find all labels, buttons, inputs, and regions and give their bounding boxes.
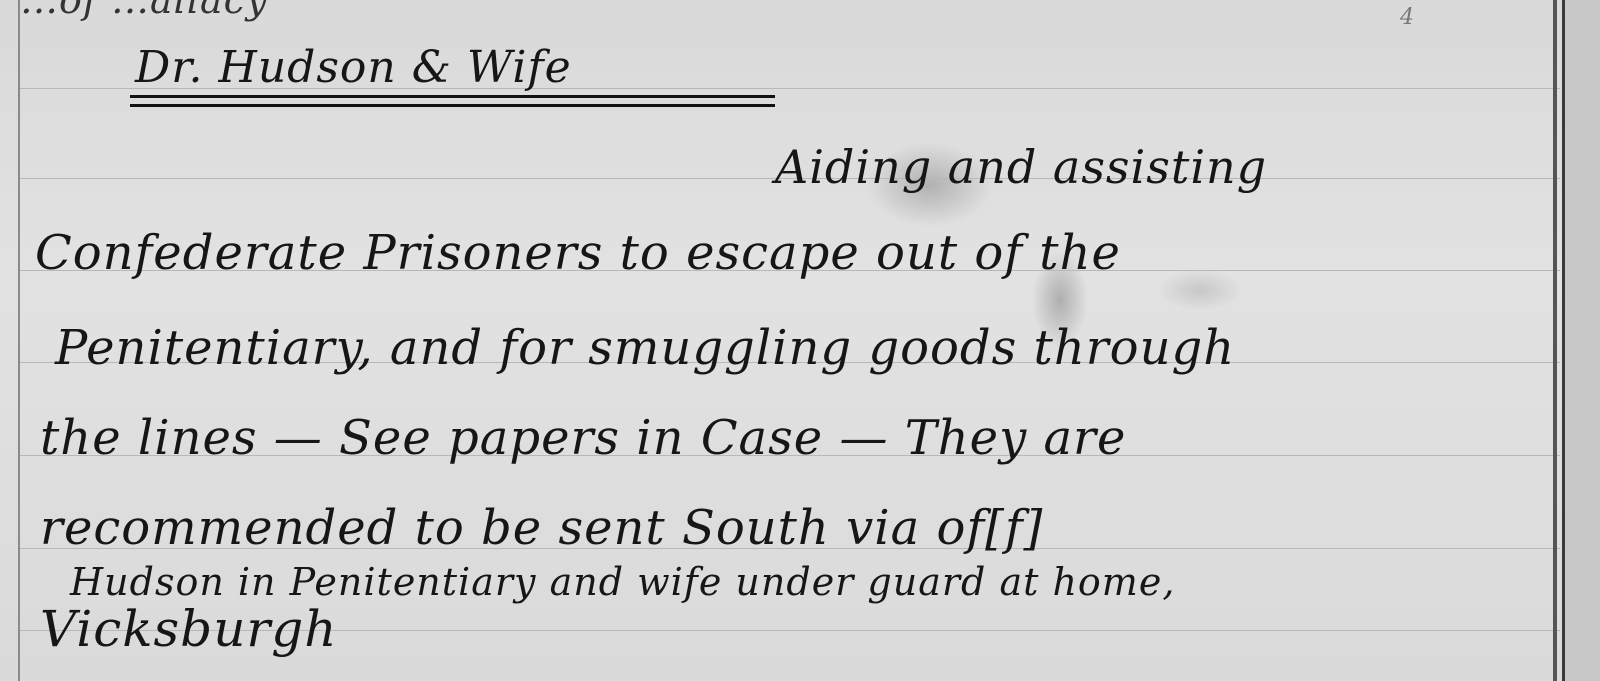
right-margin-line [1553,0,1557,681]
page-edge [1565,0,1600,681]
entry-line-5: recommended to be sent South via of[f] [40,500,1043,556]
entry-line-2: Confederate Prisoners to escape out of t… [35,225,1121,281]
entry-line-7: Vicksburgh [40,600,338,658]
heading-underline [130,95,775,98]
corner-mark: 4 [1400,5,1415,30]
entry-line-4: the lines — See papers in Case — They ar… [40,410,1126,466]
entry-line-1: Aiding and assisting [775,140,1267,194]
left-margin-line [18,0,20,681]
entry-heading: Dr. Hudson & Wife [135,42,572,93]
ledger-page: …of …allacy 4 Dr. Hudson & Wife Aiding a… [0,0,1600,681]
top-fragment-text: …of …allacy [20,0,268,22]
heading-underline-double [130,104,775,107]
entry-line-6-interlinear: Hudson in Penitentiary and wife under gu… [70,560,1175,604]
entry-line-3: Penitentiary, and for smuggling goods th… [55,320,1235,376]
